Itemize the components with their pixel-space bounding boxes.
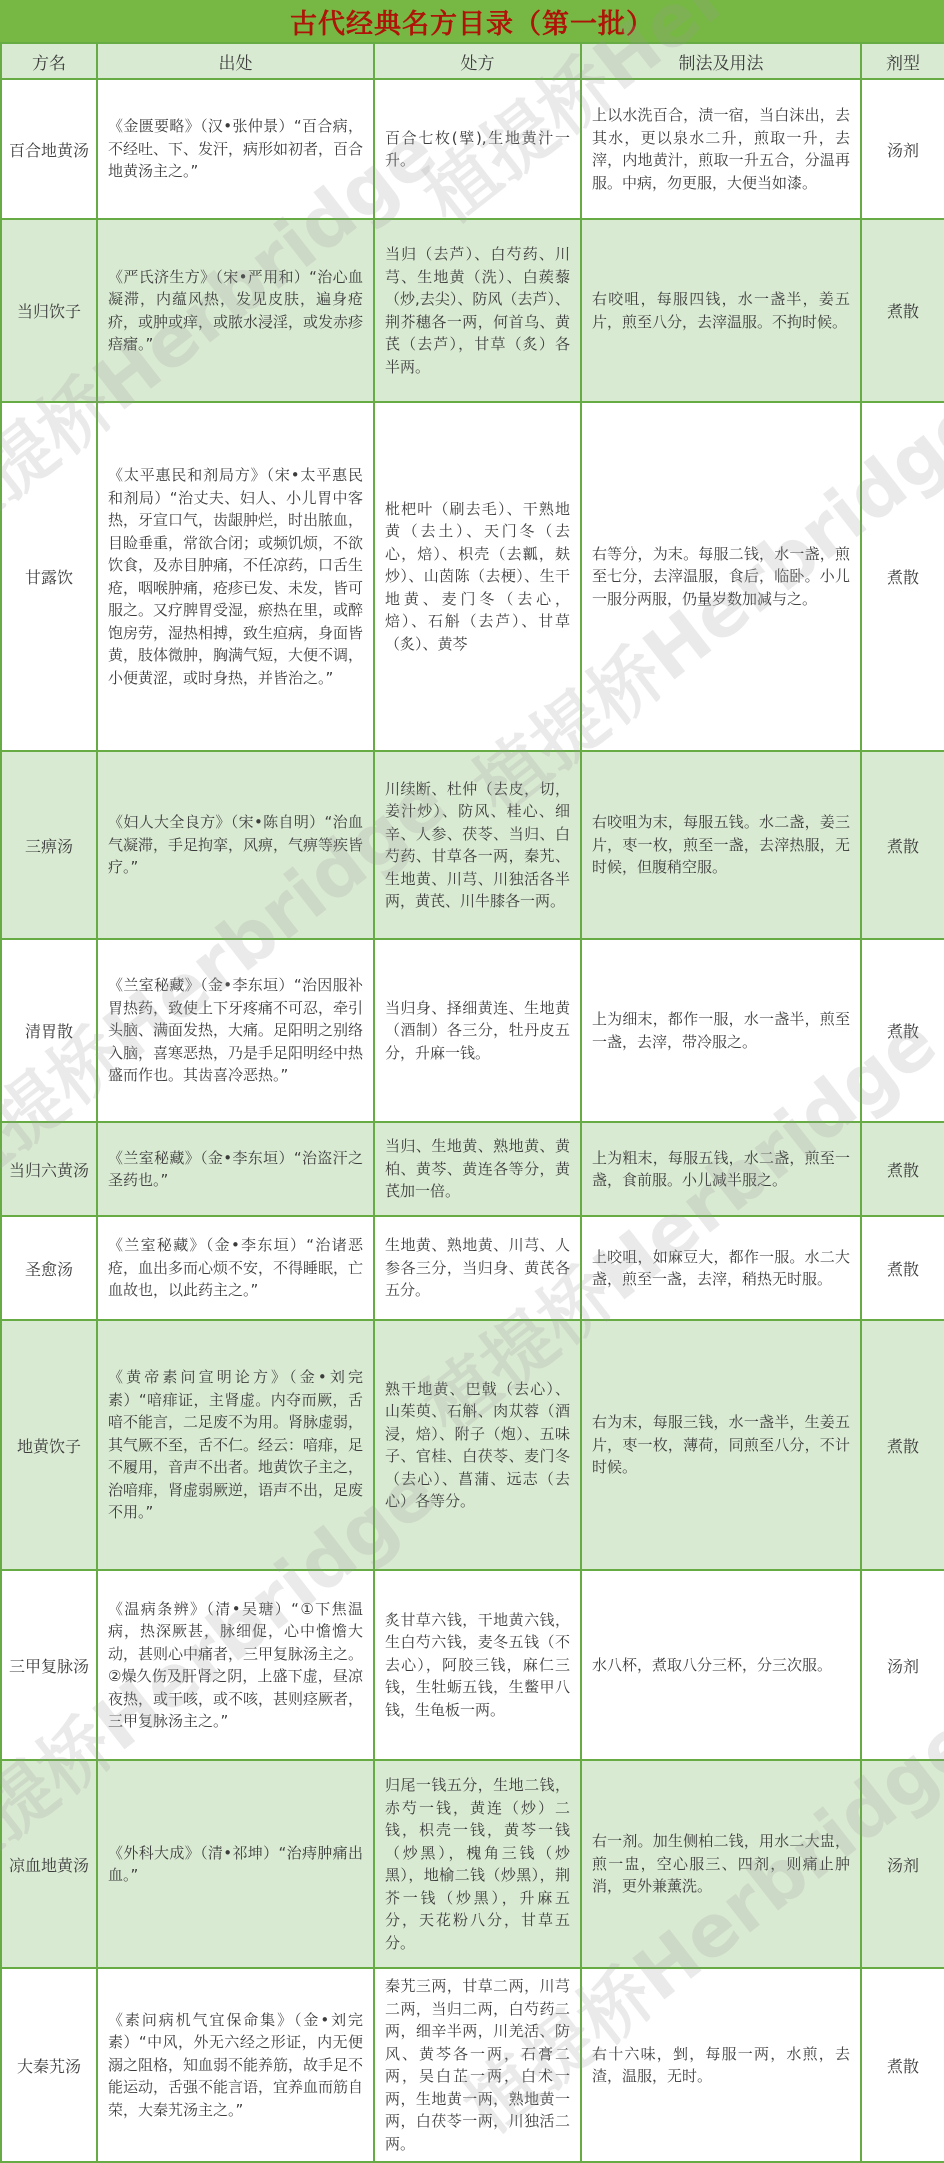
prescription-cell: 百合七枚(擘),生地黄汁一升。 bbox=[374, 79, 581, 219]
source-cell: 《兰室秘藏》（金•李东垣）“治诸恶疮，血出多而心烦不安，不得睡眠，亡血故也，以此… bbox=[97, 1216, 374, 1320]
method-cell: 右咬咀为末，每服五钱。水二盏，姜三片，枣一枚，煎至一盏，去滓热服，无时候，但腹稍… bbox=[581, 751, 861, 939]
column-header-source: 出处 bbox=[97, 43, 374, 79]
formula-name-cell: 地黄饮子 bbox=[1, 1320, 97, 1570]
form-cell: 煮散 bbox=[861, 1320, 944, 1570]
source-cell: 《兰室秘藏》（金•李东垣）“治因服补胃热药，致使上下牙疼痛不可忍，牵引头脑、满面… bbox=[97, 939, 374, 1122]
method-cell: 水八杯，煮取八分三杯，分三次服。 bbox=[581, 1570, 861, 1760]
method-cell: 上以水洗百合，渍一宿，当白沫出，去其水，更以泉水二升，煎取一升，去滓，内地黄汁，… bbox=[581, 79, 861, 219]
table-row: 当归六黄汤 《兰室秘藏》（金•李东垣）“治盗汗之圣药也。” 当归、生地黄、熟地黄… bbox=[1, 1122, 944, 1216]
formula-name-cell: 清胃散 bbox=[1, 939, 97, 1122]
formula-name-cell: 三甲复脉汤 bbox=[1, 1570, 97, 1760]
source-cell: 《温病条辨》（清•吴瑭）“①下焦温病，热深厥甚，脉细促，心中憺憺大动，甚则心中痛… bbox=[97, 1570, 374, 1760]
form-cell: 煮散 bbox=[861, 751, 944, 939]
source-cell: 《素问病机气宜保命集》（金•刘完素）“中风，外无六经之形证，内无便溺之阻格，知血… bbox=[97, 1968, 374, 2162]
form-cell: 汤剂 bbox=[861, 1760, 944, 1968]
formula-table: 方名 出处 处方 制法及用法 剂型 百合地黄汤 《金匮要略》（汉•张仲景）“百合… bbox=[0, 42, 944, 2163]
formula-name-cell: 百合地黄汤 bbox=[1, 79, 97, 219]
formula-name-cell: 甘露饮 bbox=[1, 402, 97, 751]
form-cell: 煮散 bbox=[861, 219, 944, 402]
formula-name-cell: 当归饮子 bbox=[1, 219, 97, 402]
table-row: 地黄饮子 《黄帝素问宣明论方》（金•刘完素）“喑痱证，主肾虚。内夺而厥，舌喑不能… bbox=[1, 1320, 944, 1570]
prescription-cell: 熟干地黄、巴戟（去心）、山茱萸、石斛、肉苁蓉（酒浸，焙）、附子（炮）、五味子、官… bbox=[374, 1320, 581, 1570]
prescription-cell: 生地黄、熟地黄、川芎、人参各三分，当归身、黄芪各五分。 bbox=[374, 1216, 581, 1320]
source-cell: 《兰室秘藏》（金•李东垣）“治盗汗之圣药也。” bbox=[97, 1122, 374, 1216]
table-row: 大秦艽汤 《素问病机气宜保命集》（金•刘完素）“中风，外无六经之形证，内无便溺之… bbox=[1, 1968, 944, 2162]
formula-name-cell: 大秦艽汤 bbox=[1, 1968, 97, 2162]
method-cell: 上为粗末，每服五钱，水二盏，煎至一盏，食前服。小儿减半服之。 bbox=[581, 1122, 861, 1216]
form-cell: 煮散 bbox=[861, 1122, 944, 1216]
prescription-cell: 枇杷叶（刷去毛）、干熟地黄（去土）、天门冬（去心，焙）、枳壳（去瓤，麸炒）、山茵… bbox=[374, 402, 581, 751]
column-header-prescription: 处方 bbox=[374, 43, 581, 79]
column-header-name: 方名 bbox=[1, 43, 97, 79]
table-row: 三甲复脉汤 《温病条辨》（清•吴瑭）“①下焦温病，热深厥甚，脉细促，心中憺憺大动… bbox=[1, 1570, 944, 1760]
method-cell: 上为细末，都作一服，水一盏半，煎至一盏，去滓，带冷服之。 bbox=[581, 939, 861, 1122]
method-cell: 右一剂。加生侧柏二钱，用水二大盅，煎一盅，空心服三、四剂，则痛止肿消，更外兼薰洗… bbox=[581, 1760, 861, 1968]
form-cell: 汤剂 bbox=[861, 79, 944, 219]
method-cell: 右等分，为末。每服二钱，水一盏，煎至七分，去滓温服，食后，临卧。小儿一服分两服，… bbox=[581, 402, 861, 751]
table-row: 圣愈汤 《兰室秘藏》（金•李东垣）“治诸恶疮，血出多而心烦不安，不得睡眠，亡血故… bbox=[1, 1216, 944, 1320]
header-row: 方名 出处 处方 制法及用法 剂型 bbox=[1, 43, 944, 79]
prescription-cell: 当归身、择细黄连、生地黄（酒制）各三分，牡丹皮五分，升麻一钱。 bbox=[374, 939, 581, 1122]
prescription-cell: 炙甘草六钱，干地黄六钱，生白芍六钱，麦冬五钱（不去心），阿胶三钱，麻仁三钱，生牡… bbox=[374, 1570, 581, 1760]
formula-name-cell: 三痹汤 bbox=[1, 751, 97, 939]
page-title: 古代经典名方目录（第一批） bbox=[0, 0, 944, 42]
table-row: 百合地黄汤 《金匮要略》（汉•张仲景）“百合病，不经吐、下、发汗，病形如初者，百… bbox=[1, 79, 944, 219]
source-cell: 《外科大成》（清•祁坤）“治痔肿痛出血。” bbox=[97, 1760, 374, 1968]
source-cell: 《黄帝素问宣明论方》（金•刘完素）“喑痱证，主肾虚。内夺而厥，舌喑不能言，二足废… bbox=[97, 1320, 374, 1570]
source-cell: 《妇人大全良方》（宋•陈自明）“治血气凝滞，手足拘挛，风痹，气痹等疾皆疗。” bbox=[97, 751, 374, 939]
form-cell: 煮散 bbox=[861, 1216, 944, 1320]
table-row: 当归饮子 《严氏济生方》（宋•严用和）“治心血凝滞，内蕴风热，发见皮肤，遍身疮疥… bbox=[1, 219, 944, 402]
form-cell: 煮散 bbox=[861, 939, 944, 1122]
prescription-cell: 归尾一钱五分，生地二钱，赤芍一钱，黄连（炒）二钱，枳壳一钱，黄芩一钱（炒黑），槐… bbox=[374, 1760, 581, 1968]
source-cell: 《太平惠民和剂局方》（宋•太平惠民和剂局）“治丈夫、妇人、小儿胃中客热，牙宣口气… bbox=[97, 402, 374, 751]
method-cell: 右咬咀，每服四钱，水一盏半，姜五片，煎至八分，去滓温服。不拘时候。 bbox=[581, 219, 861, 402]
table-row: 清胃散 《兰室秘藏》（金•李东垣）“治因服补胃热药，致使上下牙疼痛不可忍，牵引头… bbox=[1, 939, 944, 1122]
column-header-form: 剂型 bbox=[861, 43, 944, 79]
table-row: 甘露饮 《太平惠民和剂局方》（宋•太平惠民和剂局）“治丈夫、妇人、小儿胃中客热，… bbox=[1, 402, 944, 751]
table-row: 三痹汤 《妇人大全良方》（宋•陈自明）“治血气凝滞，手足拘挛，风痹，气痹等疾皆疗… bbox=[1, 751, 944, 939]
form-cell: 煮散 bbox=[861, 402, 944, 751]
source-cell: 《金匮要略》（汉•张仲景）“百合病，不经吐、下、发汗，病形如初者，百合地黄汤主之… bbox=[97, 79, 374, 219]
method-cell: 上咬咀，如麻豆大，都作一服。水二大盏，煎至一盏，去滓，稍热无时服。 bbox=[581, 1216, 861, 1320]
column-header-method: 制法及用法 bbox=[581, 43, 861, 79]
method-cell: 右为末，每服三钱，水一盏半，生姜五片，枣一枚，薄荷，同煎至八分，不计时候。 bbox=[581, 1320, 861, 1570]
formula-name-cell: 圣愈汤 bbox=[1, 1216, 97, 1320]
method-cell: 右十六味，剉，每服一两，水煎，去渣，温服，无时。 bbox=[581, 1968, 861, 2162]
source-cell: 《严氏济生方》（宋•严用和）“治心血凝滞，内蕴风热，发见皮肤，遍身疮疥，或肿或痒… bbox=[97, 219, 374, 402]
prescription-cell: 当归（去芦）、白芍药、川芎、生地黄（洗）、白蒺藜（炒,去尖）、防风（去芦）、荆芥… bbox=[374, 219, 581, 402]
formula-name-cell: 凉血地黄汤 bbox=[1, 1760, 97, 1968]
form-cell: 煮散 bbox=[861, 1968, 944, 2162]
form-cell: 汤剂 bbox=[861, 1570, 944, 1760]
table-row: 凉血地黄汤 《外科大成》（清•祁坤）“治痔肿痛出血。” 归尾一钱五分，生地二钱，… bbox=[1, 1760, 944, 1968]
catalog-page: 植提桥Herbridge 植提桥Herbridge 植提桥Herbridge 植… bbox=[0, 0, 944, 2163]
formula-name-cell: 当归六黄汤 bbox=[1, 1122, 97, 1216]
prescription-cell: 川续断、杜仲（去皮，切，姜汁炒）、防风、桂心、细辛、人参、茯苓、当归、白芍药、甘… bbox=[374, 751, 581, 939]
prescription-cell: 当归、生地黄、熟地黄、黄柏、黄芩、黄连各等分，黄芪加一倍。 bbox=[374, 1122, 581, 1216]
prescription-cell: 秦艽三两，甘草二两，川芎二两，当归二两，白芍药二两，细辛半两，川羌活、防风、黄芩… bbox=[374, 1968, 581, 2162]
